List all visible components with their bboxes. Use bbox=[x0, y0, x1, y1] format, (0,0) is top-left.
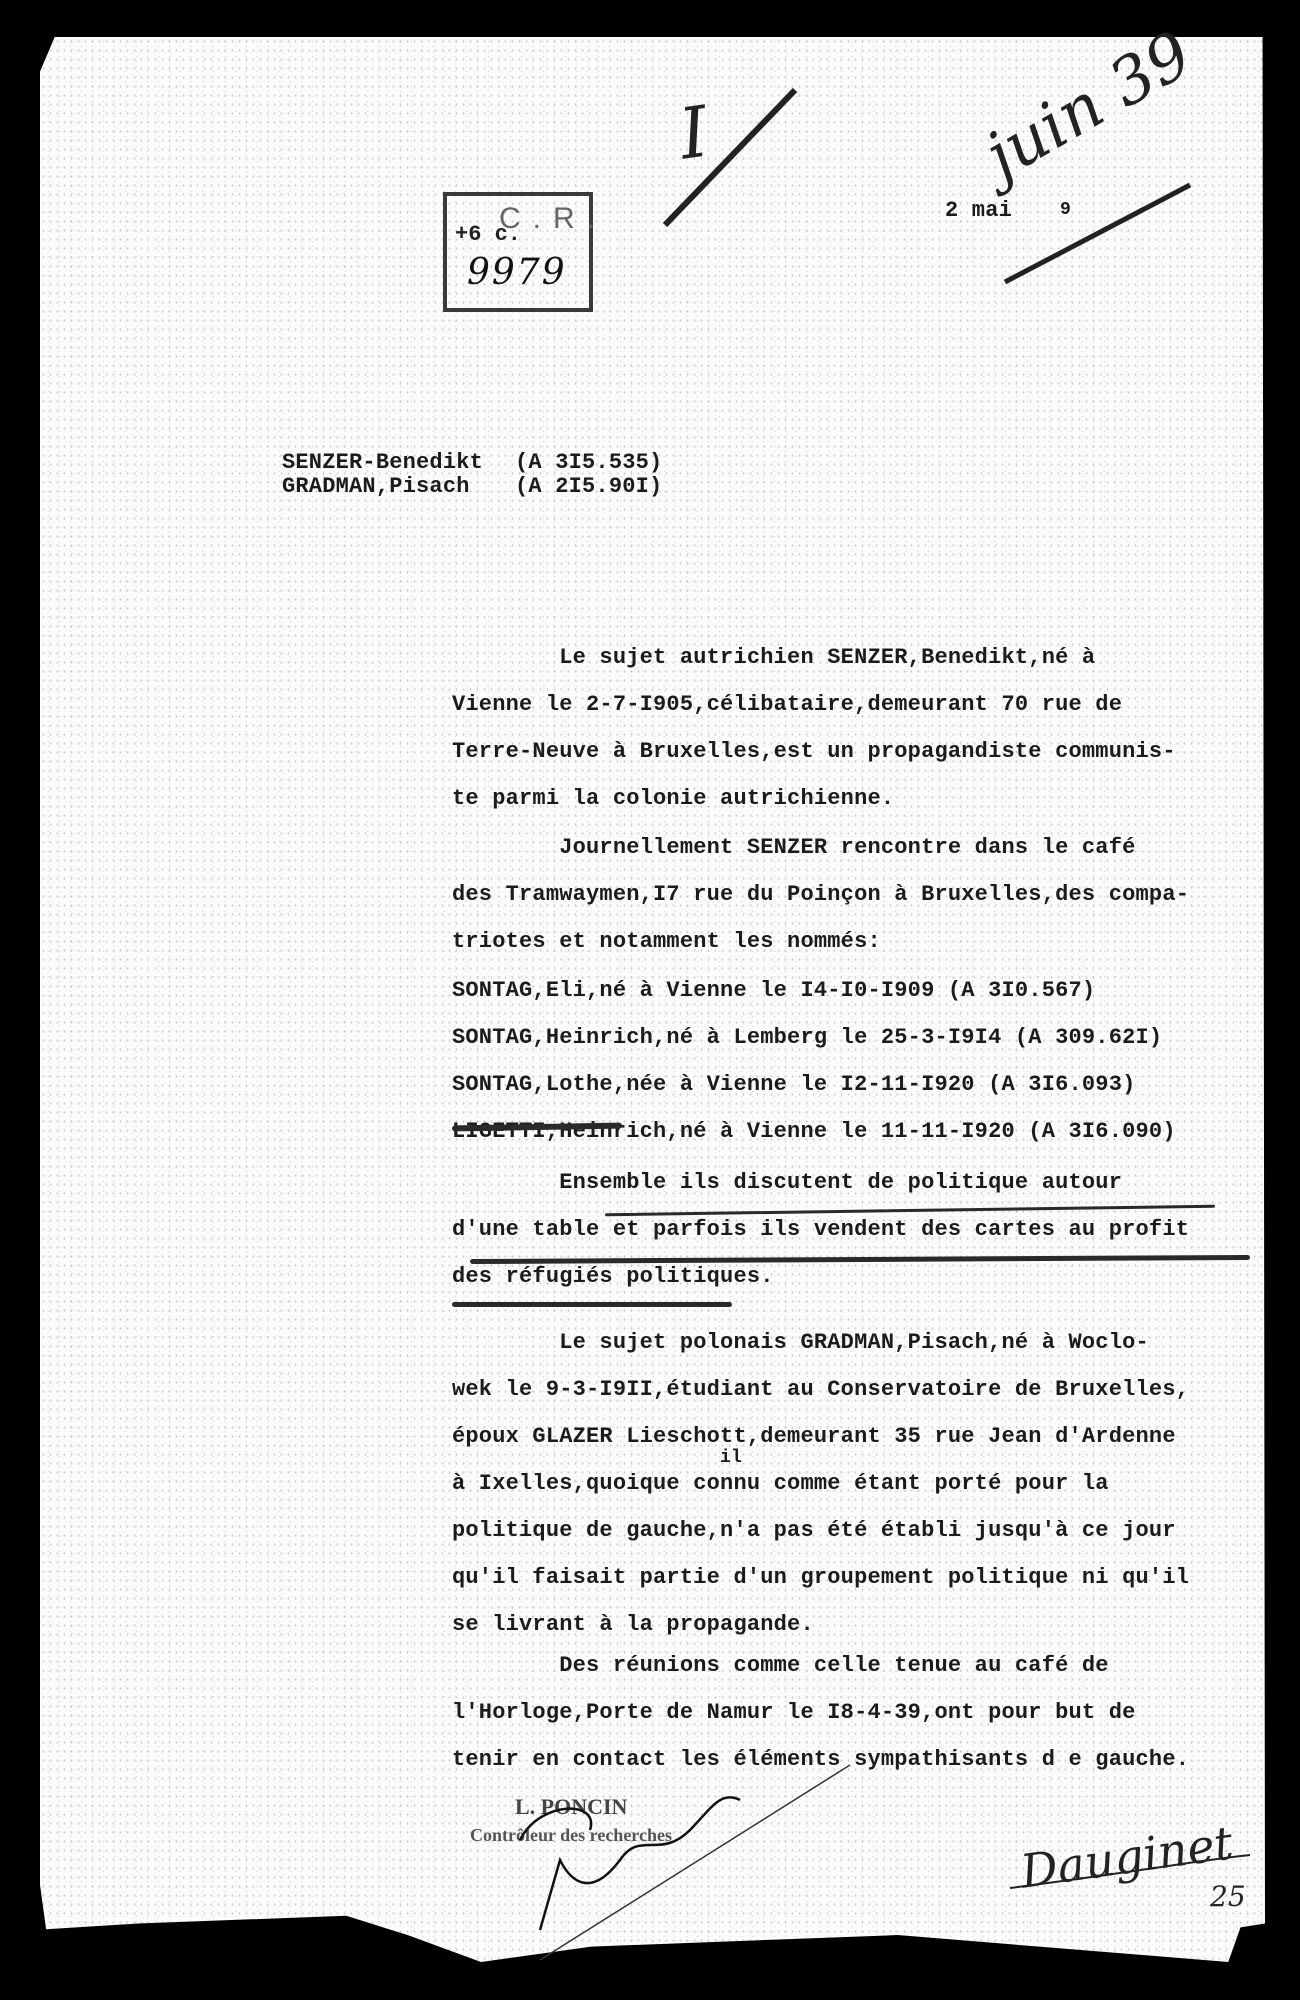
date-underline-stroke bbox=[1005, 185, 1190, 282]
pen-strokes bbox=[0, 0, 1300, 2000]
handwritten-signature-left bbox=[520, 1797, 740, 1930]
diagonal-stroke-top bbox=[665, 90, 795, 225]
signature-right-underline bbox=[1010, 1855, 1250, 1888]
signature-line-stroke bbox=[540, 1765, 850, 1960]
